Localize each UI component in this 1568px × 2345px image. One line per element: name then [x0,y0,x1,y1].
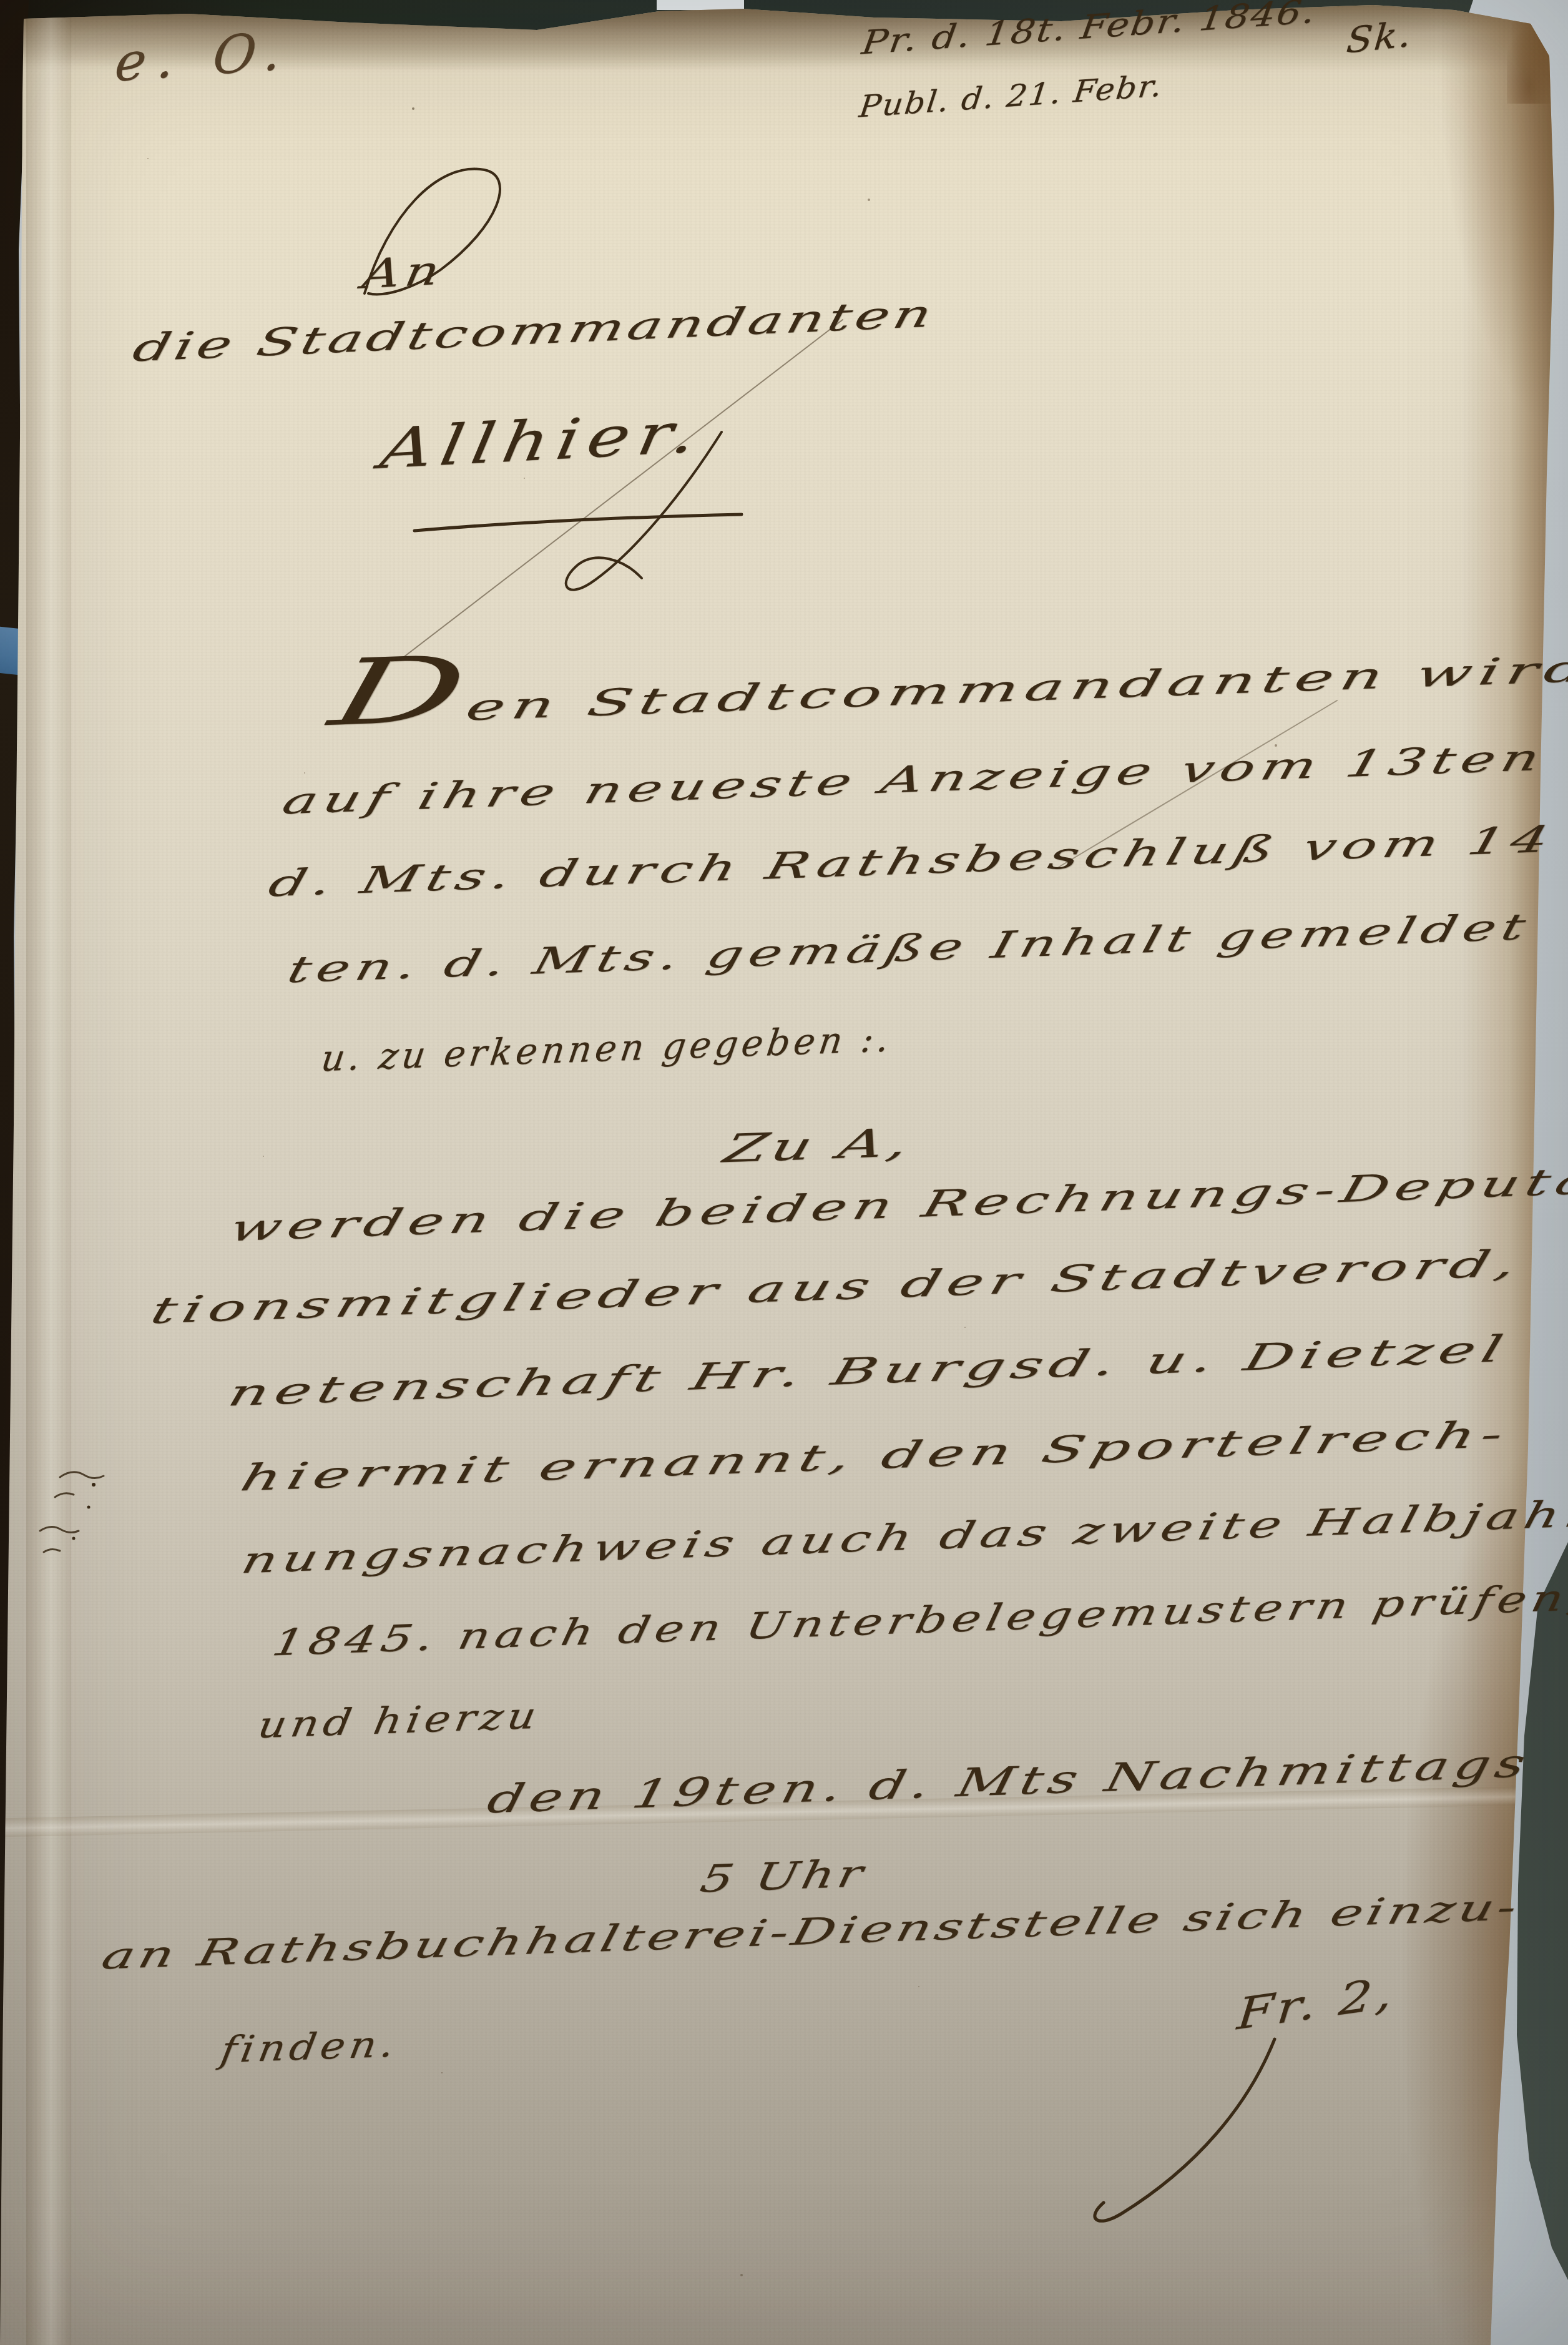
photo-of-letter: e. O. Pr. d. 18t. Febr. 1846. Sk. Publ. … [0,0,1568,2345]
margin-ink-dot-3 [72,1537,76,1540]
docket-flourish [1095,2039,1275,2221]
body-line-zu-a: Zu A, [719,1120,917,1171]
body-line-time: 5 Uhr [697,1852,870,1902]
address-salutation: An [359,248,448,298]
margin-ink-dot-1 [92,1483,96,1487]
clerk-initials: Sk. [1345,14,1414,62]
body-line: finden. [218,2023,402,2071]
hairline-stroke-address [401,320,843,659]
registry-mark: e. O. [112,20,295,93]
margin-ink-marks-1 [55,1472,104,1497]
margin-ink-dot-2 [87,1506,91,1509]
